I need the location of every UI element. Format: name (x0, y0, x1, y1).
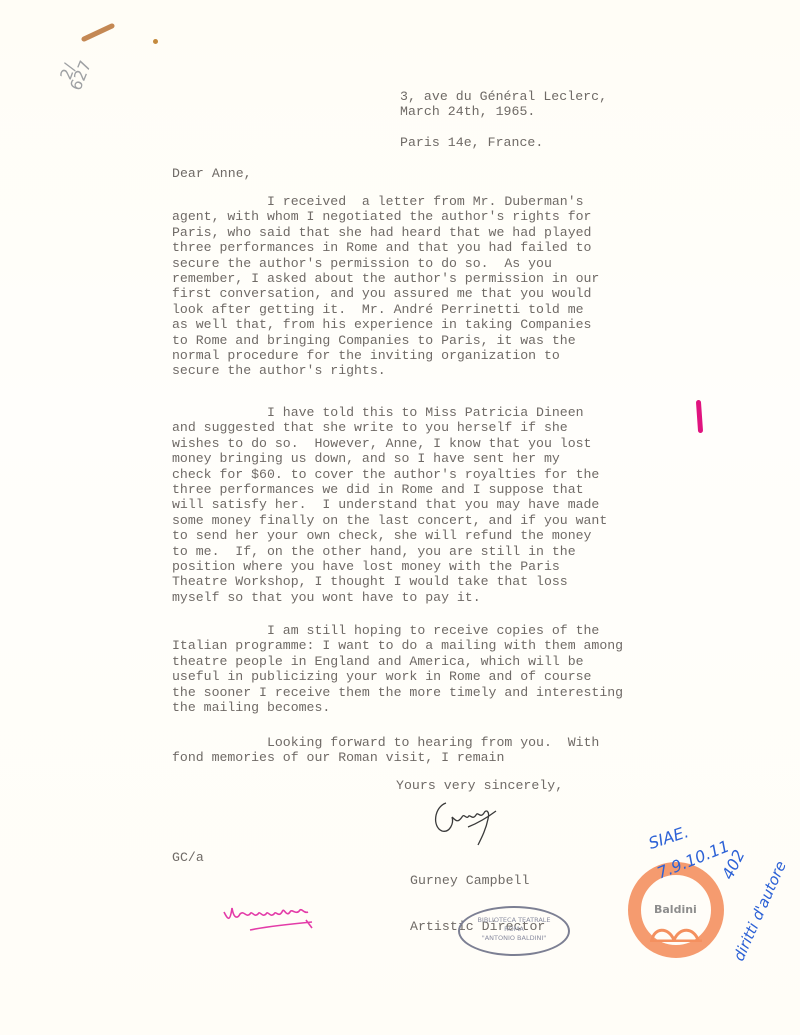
letter-page: 2/ 627 3, ave du Général Leclerc, Paris … (0, 0, 800, 1035)
pink-handwritten-annotation (220, 900, 340, 940)
signer-name: Gurney Campbell (410, 873, 545, 888)
address-line-1: 3, ave du Général Leclerc, (400, 89, 607, 104)
letter-date: March 24th, 1965. (400, 104, 535, 119)
address-line-2: Paris 14e, France. (400, 135, 607, 150)
rust-spot (153, 39, 158, 44)
blue-note-siae: SIAE. (646, 822, 691, 853)
closing: Yours very sincerely, (396, 778, 563, 793)
paragraph-2: I have told this to Miss Patricia Dineen… (172, 405, 607, 605)
paragraph-3: I am still hoping to receive copies of t… (172, 623, 623, 715)
library-stamp-line-1: BIBLIOTECA TEATRALE (460, 916, 568, 925)
library-stamp-line-2: ROMA (460, 925, 568, 934)
paragraph-1: I received a letter from Mr. Duberman's … (172, 194, 599, 379)
open-book-icon (648, 924, 704, 942)
library-stamp-line-3: "ANTONIO BALDINI" (460, 934, 568, 943)
salutation: Dear Anne, (172, 166, 252, 181)
pink-margin-mark (696, 400, 703, 433)
handwritten-signature (428, 797, 498, 847)
reference-initials: GC/a (172, 850, 204, 865)
rust-stain (81, 23, 116, 43)
library-stamp: BIBLIOTECA TEATRALE ROMA "ANTONIO BALDIN… (458, 906, 570, 956)
paragraph-4: Looking forward to hearing from you. Wit… (172, 735, 599, 766)
sender-address: 3, ave du Général Leclerc, Paris 14e, Fr… (400, 58, 607, 181)
baldini-logo-text: Baldini (654, 903, 697, 916)
